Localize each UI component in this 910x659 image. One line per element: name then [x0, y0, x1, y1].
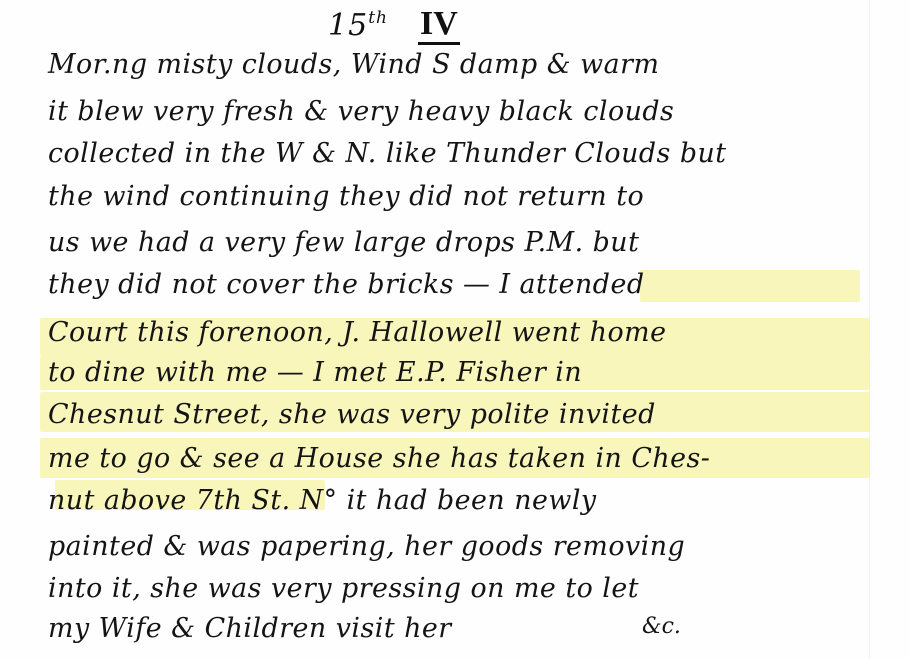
manuscript-line: my Wife & Children visit her [48, 612, 863, 646]
diary-page: 15th IV Mor.ng misty clouds, Wind S damp… [0, 0, 910, 659]
manuscript-line: us we had a very few large drops P.M. bu… [48, 226, 863, 260]
manuscript-line: painted & was papering, her goods removi… [48, 530, 863, 564]
entry-day: 15th [328, 8, 388, 43]
manuscript-line: me to go & see a House she has taken in … [48, 442, 863, 476]
signoff: &c. [642, 614, 681, 639]
manuscript-line: nut above 7th St. N° it had been newly [48, 484, 863, 518]
entry-month-roman: IV [418, 6, 460, 45]
manuscript-line: Court this forenoon, J. Hallowell went h… [48, 316, 863, 350]
manuscript-line: Mor.ng misty clouds, Wind S damp & warm [48, 48, 863, 82]
manuscript-line: it blew very fresh & very heavy black cl… [48, 95, 863, 129]
manuscript-line: they did not cover the bricks — I attend… [48, 268, 863, 302]
manuscript-line: Chesnut Street, she was very polite invi… [48, 398, 863, 432]
manuscript-line: to dine with me — I met E.P. Fisher in [48, 356, 863, 390]
manuscript-line: into it, she was very pressing on me to … [48, 572, 863, 606]
manuscript-line: collected in the W & N. like Thunder Clo… [48, 137, 863, 171]
manuscript-line: the wind continuing they did not return … [48, 180, 863, 214]
